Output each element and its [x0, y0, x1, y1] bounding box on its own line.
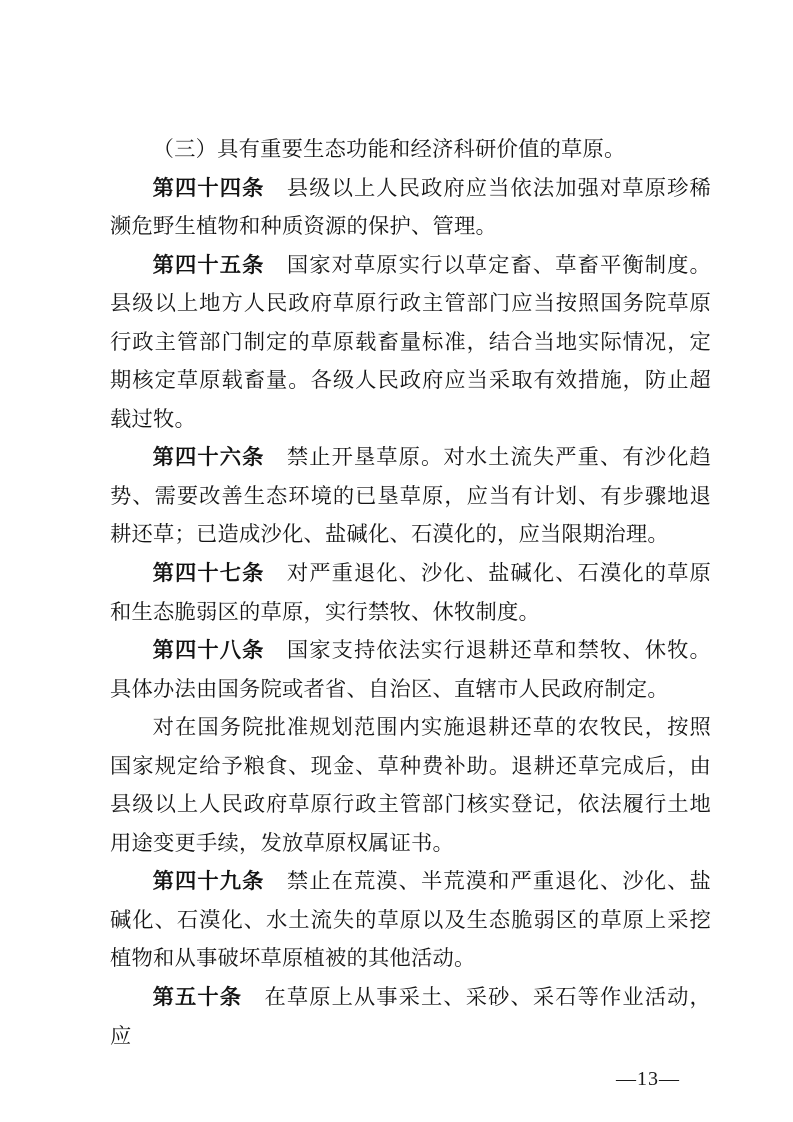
paragraph: （三）具有重要生态功能和经济科研价值的草原。 — [110, 130, 711, 169]
article-number: 第四十五条 — [153, 253, 265, 277]
paragraph: 第四十五条 国家对草原实行以草定畜、草畜平衡制度。县级以上地方人民政府草原行政主… — [110, 246, 711, 439]
article-number: 第四十四条 — [153, 176, 265, 200]
paragraph: 第四十七条 对严重退化、沙化、盐碱化、石漠化的草原和生态脆弱区的草原，实行禁牧、… — [110, 554, 711, 631]
article-number: 第四十七条 — [153, 561, 265, 585]
paragraph: 第四十八条 国家支持依法实行退耕还草和禁牧、休牧。具体办法由国务院或者省、自治区… — [110, 631, 711, 708]
article-number: 第四十六条 — [153, 445, 265, 469]
article-number: 第五十条 — [153, 985, 242, 1009]
paragraph: 第四十四条 县级以上人民政府应当依法加强对草原珍稀濒危野生植物和种质资源的保护、… — [110, 169, 711, 246]
paragraph: 第五十条 在草原上从事采土、采砂、采石等作业活动，应 — [110, 978, 711, 1055]
paragraph: 第四十九条 禁止在荒漠、半荒漠和严重退化、沙化、盐碱化、石漠化、水土流失的草原以… — [110, 862, 711, 978]
document-page: （三）具有重要生态功能和经济科研价值的草原。第四十四条 县级以上人民政府应当依法… — [0, 0, 793, 1122]
page-number: —13— — [598, 1066, 698, 1092]
document-body: （三）具有重要生态功能和经济科研价值的草原。第四十四条 县级以上人民政府应当依法… — [110, 130, 711, 1055]
article-number: 第四十九条 — [153, 869, 265, 893]
article-number: 第四十八条 — [153, 638, 265, 662]
paragraph: 第四十六条 禁止开垦草原。对水土流失严重、有沙化趋势、需要改善生态环境的已垦草原… — [110, 438, 711, 554]
paragraph: 对在国务院批准规划范围内实施退耕还草的农牧民，按照国家规定给予粮食、现金、草种费… — [110, 708, 711, 862]
